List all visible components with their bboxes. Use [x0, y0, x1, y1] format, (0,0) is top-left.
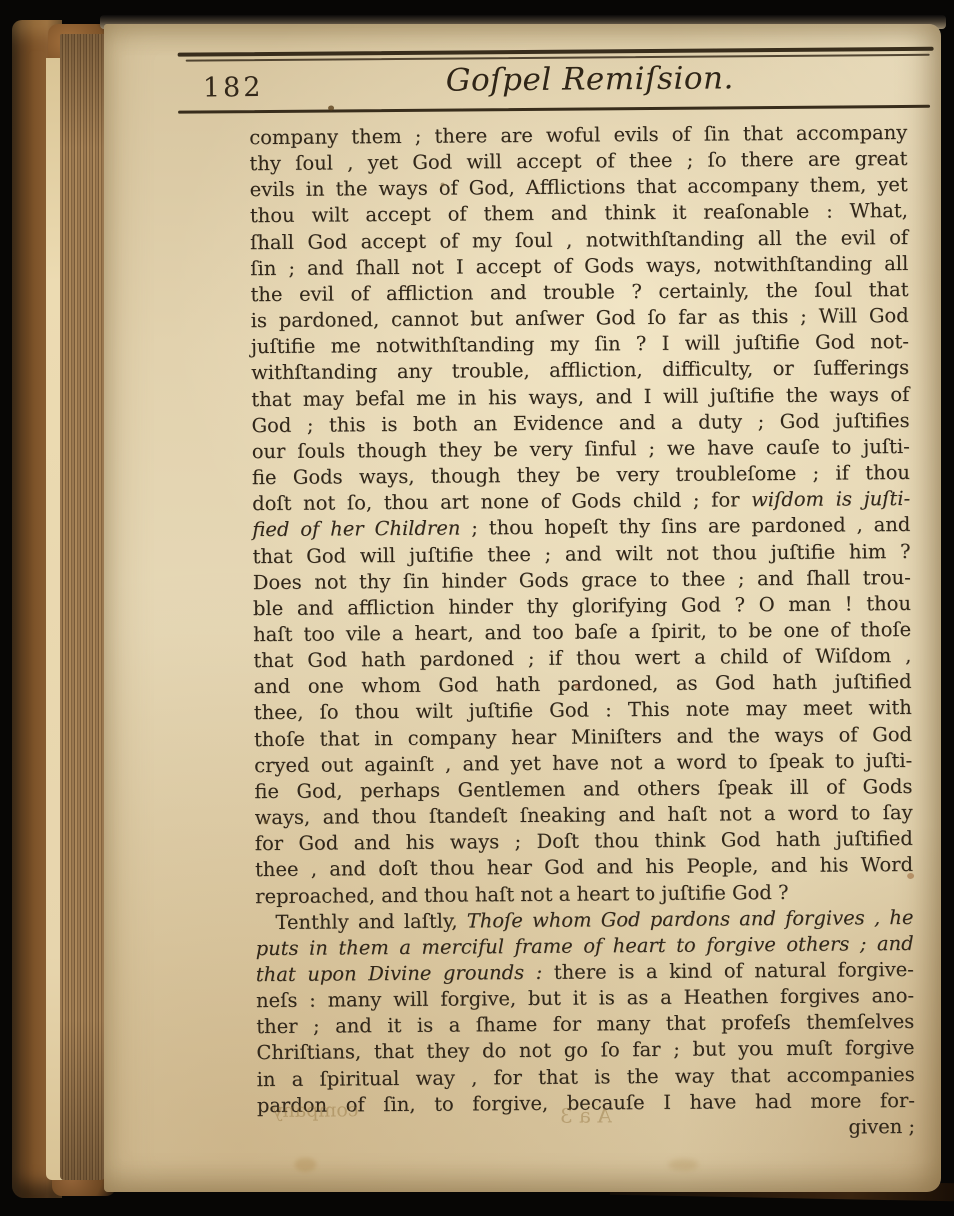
text-segment: neſs : many will forgive, but it is as a…: [256, 984, 914, 1012]
text-segment: our ſouls though they be very ſinful ; w…: [252, 435, 910, 463]
italic-text-segment: wiſdom is juſti-: [751, 487, 910, 511]
text-segment: God ; this is both an Evidence and a dut…: [251, 409, 909, 437]
italic-text-segment: Thoſe whom God pardons and forgives , he: [467, 906, 914, 933]
text-segment: juſtifie me notwithſtanding my ſin ? I w…: [251, 330, 909, 358]
text-segment: reproached, and thou haſt not a heart to…: [255, 880, 788, 907]
foxing-speck: [575, 684, 580, 689]
text-segment: ſhall God accept of my ſoul , notwithſta…: [250, 226, 908, 254]
text-segment: that God hath pardoned ; if thou wert a …: [253, 644, 911, 672]
foxing-speck: [441, 183, 445, 187]
text-segment: in a ſpiritual way , for that is the way…: [257, 1063, 915, 1091]
foxing-speck: [907, 873, 914, 879]
text-segment: ther ; and it is a ſhame for many that p…: [256, 1010, 914, 1038]
text-segment: the evil of affliction and trouble ? cer…: [250, 278, 908, 306]
text-segment: Chriſtians, that they do not go ſo far ;…: [256, 1036, 914, 1064]
text-segment: cryed out againſt , and yet have not a w…: [254, 749, 912, 777]
foxing-stain: [668, 1159, 698, 1171]
text-line: thee , and doſt thou hear God and his Pe…: [255, 852, 913, 883]
text-segment: thee , and doſt thou hear God and his Pe…: [255, 853, 913, 881]
text-segment: there is a kind of natural forgive-: [554, 958, 914, 984]
italic-text-segment: puts in them a merciful frame of heart t…: [256, 932, 914, 960]
page-number: 182: [203, 72, 264, 103]
text-segment: thoſe that in company hear Miniſters and…: [254, 723, 912, 751]
text-segment: doſt not ſo, thou art none of Gods child…: [252, 488, 751, 515]
text-segment: company them ; there are woful evils of …: [249, 121, 907, 149]
page-content: 182 Goſpel Remiſsion. company them ; the…: [99, 21, 945, 1196]
text-segment: given ;: [848, 1115, 915, 1139]
text-block: company them ; there are woful evils of …: [249, 120, 915, 1145]
foxing-stain: [294, 1158, 316, 1172]
book-photo: 182 Goſpel Remiſsion. company them ; the…: [0, 0, 954, 1216]
italic-text-segment: that upon Divine grounds :: [256, 961, 554, 986]
text-segment: ; thou hopeſt thy ſins are pardoned , an…: [460, 513, 910, 540]
running-title: Goſpel Remiſsion.: [400, 60, 780, 99]
text-segment: evils in the ways of God, Afflictions th…: [250, 173, 908, 201]
text-segment: fie Gods ways, though they be very troub…: [252, 461, 910, 489]
text-segment: ſin ; and ſhall not I accept of Gods way…: [250, 252, 908, 280]
text-segment: fie God, perhaps Gentlemen and others ſp…: [254, 775, 912, 803]
foxing-speck: [264, 820, 268, 824]
show-through-text: A a 3: [560, 1103, 612, 1127]
text-segment: thou wilt accept of them and think it re…: [250, 199, 908, 227]
text-segment: and one whom God hath pardoned, as God h…: [254, 670, 912, 698]
text-segment: ways, and thou ſtandeſt ſneaking and haſ…: [255, 801, 913, 829]
book-page: 182 Goſpel Remiſsion. company them ; the…: [104, 24, 941, 1192]
header-rule-bottom: [178, 105, 930, 114]
text-segment: withſtanding any trouble, affliction, di…: [251, 356, 909, 384]
italic-text-segment: fied of her Children: [252, 517, 460, 542]
text-segment: thy ſoul , yet God will accept of thee ;…: [249, 147, 907, 175]
text-segment: thee, ſo thou wilt juſtifie God : This n…: [254, 696, 912, 724]
text-segment: Tenthly and laſtly,: [275, 909, 467, 934]
text-segment: Does not thy ſin hinder Gods grace to th…: [253, 566, 911, 594]
text-segment: that God will juſtifie thee ; and wilt n…: [252, 539, 910, 567]
show-through-text: company: [272, 1099, 359, 1122]
text-segment: haſt too vile a heart, and too baſe a ſp…: [253, 618, 911, 646]
text-segment: is pardoned, cannot but anſwer God ſo fa…: [251, 304, 909, 332]
text-segment: ble and affliction hinder thy glorifying…: [253, 592, 911, 620]
text-segment: for God and his ways ; Doſt thou think G…: [255, 827, 913, 855]
text-segment: that may befal me in his ways, and I wil…: [251, 383, 909, 411]
foxing-speck: [328, 105, 334, 110]
